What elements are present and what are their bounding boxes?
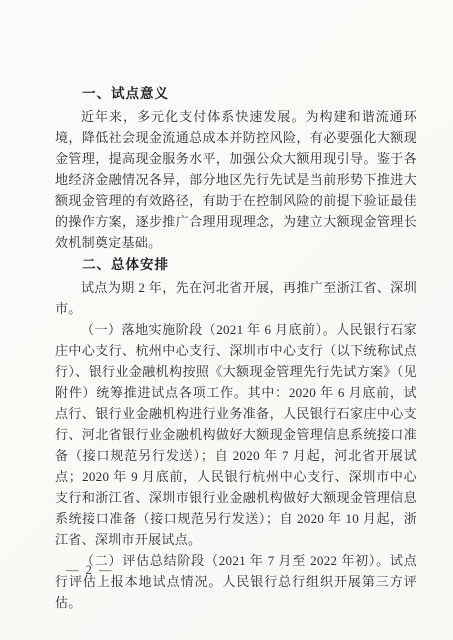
section-heading-pilot-significance: 一、试点意义 [55, 82, 417, 106]
section-heading-overall-arrangement: 二、总体安排 [55, 253, 417, 277]
page-number: — 2 — [66, 563, 114, 578]
document-body: 一、试点意义 近年来，多元化支付体系快速发展。为构建和谐流通环境，降低社会现金流… [55, 82, 417, 613]
paragraph-pilot-significance: 近年来，多元化支付体系快速发展。为构建和谐流通环境，降低社会现金流通总成本并防控… [55, 106, 417, 253]
paragraph-evaluation-phase: （二）评估总结阶段（2021 年 7 月至 2022 年初）。试点行评估上报本地… [55, 550, 417, 613]
paragraph-implementation-phase: （一）落地实施阶段（2021 年 6 月底前）。人民银行石家庄中心支行、杭州中心… [55, 319, 417, 550]
paragraph-pilot-duration: 试点为期 2 年，先在河北省开展，再推广至浙江省、深圳市。 [55, 277, 417, 319]
document-page: 一、试点意义 近年来，多元化支付体系快速发展。为构建和谐流通环境，降低社会现金流… [0, 0, 453, 640]
